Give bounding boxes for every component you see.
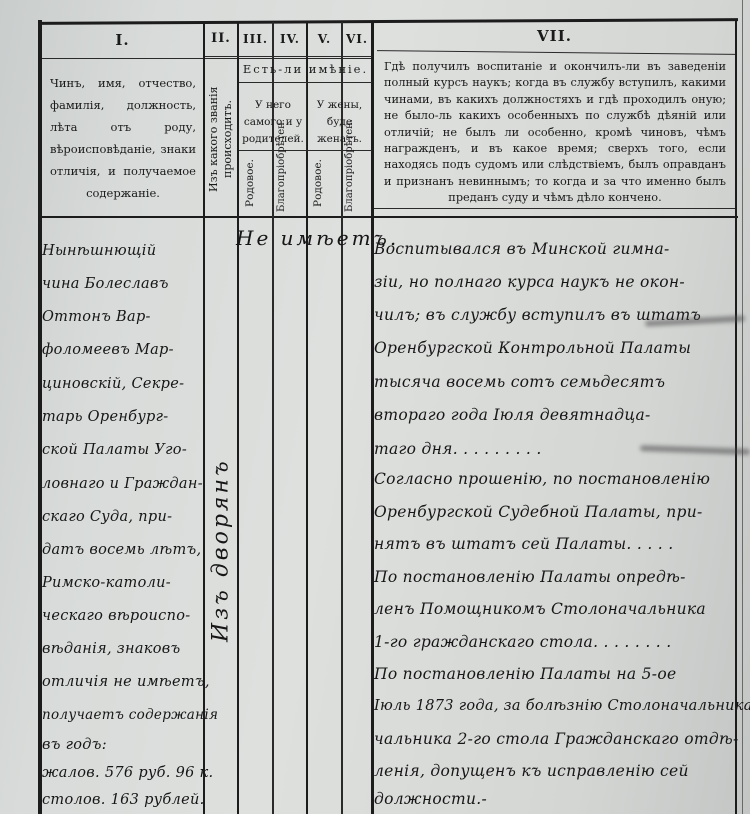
- entry-col1-line: получаетъ содержанія: [42, 707, 218, 723]
- page-edge-right: [742, 0, 743, 814]
- col-divider-right: [735, 20, 737, 814]
- entry-col1-line: Оттонъ Вар-: [42, 309, 151, 325]
- col-divider-1-2: [203, 22, 205, 814]
- entry-col1-line: въ годъ:: [42, 737, 107, 753]
- entry-col7-line: чальника 2-го стола Гражданскаго отдѣ-: [374, 730, 739, 748]
- col4-acquired-label: Благопріобрѣтен.: [276, 154, 304, 212]
- entry-col7-line: Оренбургской Судебной Палаты, при-: [374, 503, 703, 521]
- entry-col7-line: Согласно прошенію, по постановленію: [374, 470, 710, 488]
- entry-col7-line: Іюль 1873 года, за болѣзнію Столоначальн…: [374, 698, 750, 714]
- entry-col7-line: По постановленію Палаты на 5-ое: [374, 665, 676, 683]
- estate-title: Есть-ли имѣніе.: [239, 62, 372, 77]
- col1-header-text: Чинъ, имя, отчество, фамилія, должность,…: [50, 72, 196, 204]
- entry-col1-line: Римско-католи-: [42, 575, 171, 591]
- col3-ancestral-label: Родовое.: [244, 154, 268, 212]
- entry-col1-line: датъ восемь лѣтъ,: [42, 542, 201, 558]
- numeral-row-divider: [42, 58, 372, 59]
- col-divider-2-3: [237, 22, 239, 814]
- col2-header-text: Изъ какого званія происходитъ.: [207, 64, 235, 214]
- header-body-divider: [38, 216, 738, 218]
- entry-col7-line: втораго года Іюля девятнадца-: [374, 406, 651, 424]
- ink-smudge: [640, 445, 750, 455]
- entry-col7-line: По постановленію Палаты опредѣ-: [374, 568, 686, 586]
- col3-numeral: III.: [239, 32, 272, 47]
- col2-numeral: II.: [205, 31, 237, 48]
- col7-numeral: VII.: [374, 27, 735, 46]
- entry-col7-line: 1-го гражданскаго стола. . . . . . . .: [374, 633, 671, 651]
- col6-acquired-label: Благопріобрѣтен.: [344, 154, 370, 212]
- col5-ancestral-label: Родовое.: [312, 154, 336, 212]
- entry-col7-line: тысяча восемь сотъ семьдесятъ: [374, 373, 665, 391]
- estate-own-wife-divider: [306, 83, 307, 150]
- entry-col1-line: отличія не имѣетъ,: [42, 674, 210, 690]
- entry-col1-line: вѣданія, знаковъ: [42, 641, 180, 657]
- entry-col7-line: должности.-: [374, 790, 487, 808]
- numeral-row-divider-3-6: [205, 56, 372, 57]
- entry-col1-line: чина Болеславъ: [42, 276, 169, 292]
- entry-col1-table-money: столов. 163 рублей.: [42, 792, 205, 808]
- col5-numeral: V.: [308, 32, 341, 47]
- col1-numeral: I.: [42, 31, 203, 50]
- entry-col1-line: тарь Оренбург-: [42, 409, 168, 425]
- entry-col1-line: циновскій, Секре-: [42, 376, 184, 392]
- outer-border-top: [38, 18, 738, 25]
- document-page: I. Чинъ, имя, отчество, фамилія, должнос…: [0, 0, 750, 814]
- col7-header-text: Гдѣ получилъ воспитаніе и окончилъ-ли въ…: [384, 59, 726, 207]
- entry-col7-line: зіи, но полнаго курса наукъ не окон-: [374, 273, 685, 291]
- entry-col1-line: Нынѣшнющій: [42, 243, 156, 259]
- vii-text-bottom: [374, 208, 735, 209]
- entry-col1-line: фоломеевъ Мар-: [42, 342, 174, 358]
- estate-own-label: У него самого и у родителей.: [241, 97, 305, 148]
- entry-col7-line: ленія, допущенъ къ исправленію сей: [374, 762, 689, 780]
- entry-col1-salary: жалов. 576 руб. 96 к.: [42, 765, 213, 781]
- entry-col1-line: скаго Суда, при-: [42, 509, 172, 525]
- col6-numeral: VI.: [343, 32, 371, 47]
- entry-col1-line: ческаго вѣроиспо-: [42, 608, 190, 624]
- entry-col7-line: Оренбургской Контрольной Палаты: [374, 339, 691, 357]
- col4-numeral: IV.: [274, 32, 306, 47]
- entry-col1-line: ской Палаты Уго-: [42, 442, 187, 458]
- entry-col7-line: нятъ въ штатъ сей Палаты. . . . .: [374, 535, 673, 553]
- numeral-row-divider-vii: [377, 50, 735, 55]
- entry-col7-line: Воспитывался въ Минской гимна-: [374, 240, 670, 258]
- entry-col7-line: ленъ Помощникомъ Столоначальника: [374, 600, 706, 618]
- entry-col2-origin: Изъ дворянъ: [206, 400, 236, 700]
- estate-wife-label: У жены, буде женатъ.: [308, 97, 371, 148]
- entry-col1-line: ловнаго и Граждан-: [42, 476, 203, 492]
- entry-col7-line: таго дня. . . . . . . . .: [374, 440, 542, 458]
